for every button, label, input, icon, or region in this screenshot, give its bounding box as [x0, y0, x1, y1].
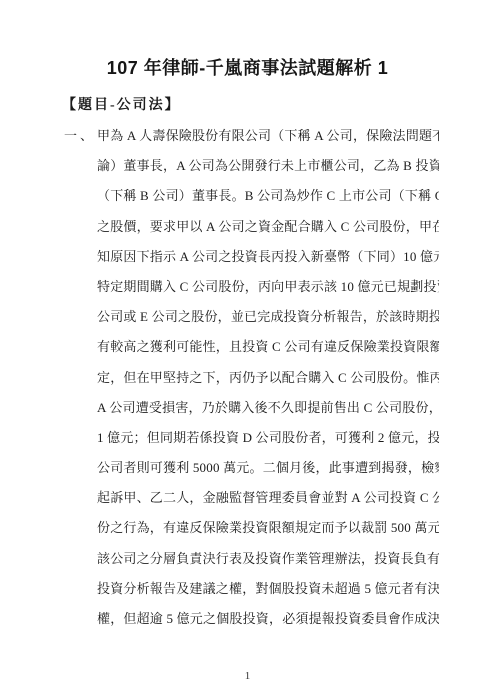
- text-line: 權，但超逾 5 億元之個股投資，必須提報投資委員會作成決議。: [97, 604, 439, 634]
- page-title: 107 年律師-千嵐商事法試題解析 1: [0, 56, 495, 80]
- question-paragraph: 一、 甲為 A 人壽保險股份有限公司（下稱 A 公司，保險法問題不予討 論）董事…: [64, 121, 439, 634]
- text-line: 定，但在甲堅持之下，丙仍予以配合購入 C 公司股份。惟丙為免: [97, 363, 439, 393]
- text-line: 有較高之獲利可能性，且投資 C 公司有違反保險業投資限額之規: [97, 332, 439, 362]
- text-line: 公司者則可獲利 5000 萬元。二個月後，此事遭到揭發，檢察官: [97, 453, 439, 483]
- text-line: 公司或 E 公司之股份，並已完成投資分析報告，於該時期投資具: [97, 302, 439, 332]
- text-line: 甲為 A 人壽保險股份有限公司（下稱 A 公司，保險法問題不予討: [97, 121, 439, 151]
- text-line: 之股價，要求甲以 A 公司之資金配合購入 C 公司股份，甲在未告: [97, 212, 439, 242]
- section-heading: 【題目-公司法】: [62, 96, 439, 116]
- document-page: 107 年律師-千嵐商事法試題解析 1 【題目-公司法】 一、 甲為 A 人壽保…: [0, 0, 495, 700]
- text-line: 起訴甲、乙二人，金融監督管理委員會並對 A 公司投資 C 公司股: [97, 483, 439, 513]
- text-line: 知原因下指示 A 公司之投資長丙投入新臺幣（下同）10 億元，於: [97, 242, 439, 272]
- question-text-block: 甲為 A 人壽保險股份有限公司（下稱 A 公司，保險法問題不予討 論）董事長，A…: [97, 121, 439, 634]
- text-line: A 公司遭受損害，乃於購入後不久即提前售出 C 公司股份，獲利: [97, 393, 439, 423]
- text-line: （下稱 B 公司）董事長。B 公司為炒作 C 上市公司（下稱 C 公司）: [97, 181, 439, 211]
- text-line: 份之行為，有違反保險業投資限額規定而予以裁罰 500 萬元。依: [97, 513, 439, 543]
- text-line: 1 億元；但同期若係投資 D 公司股份者，可獲利 2 億元，投資 E: [97, 423, 439, 453]
- text-line: 投資分析報告及建議之權，對個股投資未超過 5 億元者有決行: [97, 574, 439, 604]
- text-line: 特定期間購入 C 公司股份，丙向甲表示該 10 億元已規劃投資 D: [97, 272, 439, 302]
- page-number: 1: [0, 670, 495, 682]
- text-line: 該公司之分層負責決行表及投資作業管理辦法，投資長負有作成: [97, 544, 439, 574]
- text-line: 論）董事長，A 公司為公開發行未上市櫃公司，乙為 B 投資公司: [97, 151, 439, 181]
- question-number-marker: 一、: [64, 121, 96, 151]
